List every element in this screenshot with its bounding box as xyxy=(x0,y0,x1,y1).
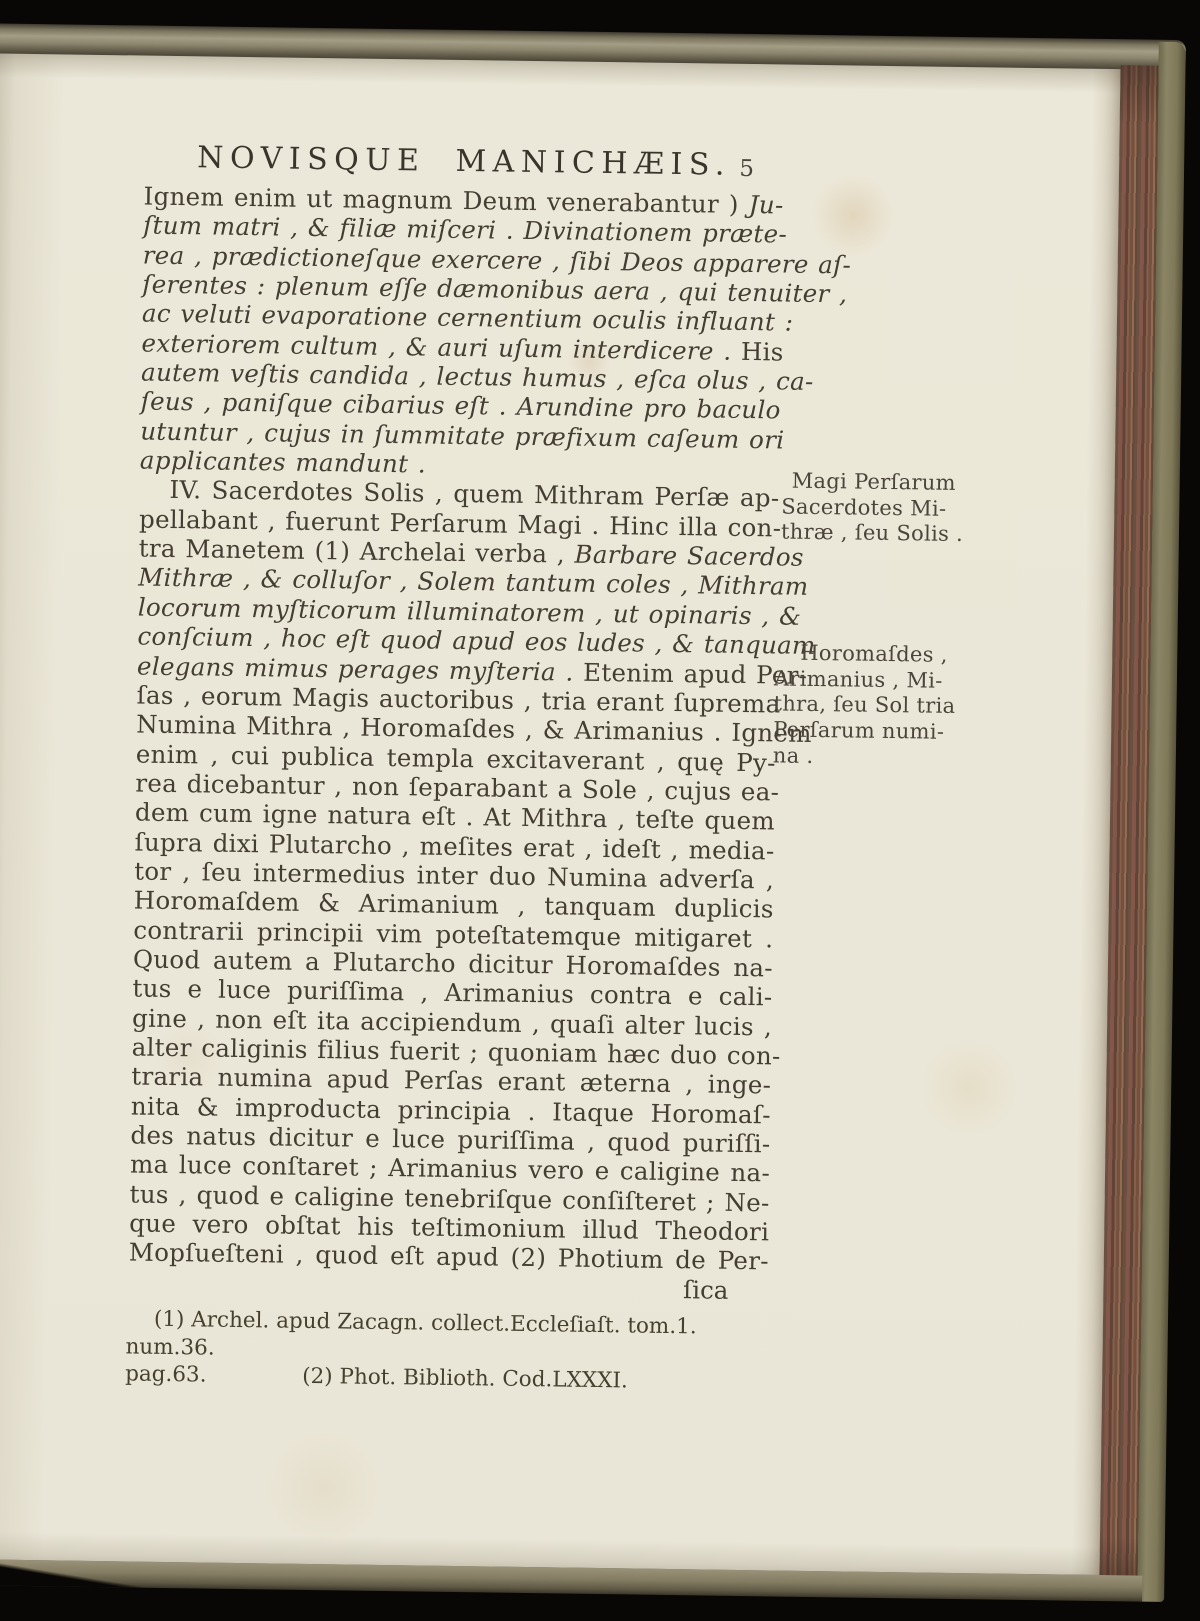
footnote-line: (1) Archel. apud Zacagn. collect.Eccleſi… xyxy=(125,1305,781,1369)
main-text: Ignem enim ut magnum Deum venerabantur )… xyxy=(129,182,784,1277)
paragraph: IV. Sacerdotes Solis , quem Mithram Perſ… xyxy=(129,475,780,1276)
margin-note-1: Magi PerſarumSacerdotes Mi-thræ , ſeu So… xyxy=(781,468,1002,548)
margin-note-line: thra, ſeu Sol tria xyxy=(773,692,993,721)
margin-note-line: thræ , ſeu Solis . xyxy=(781,520,1001,549)
margin-note-line: na . xyxy=(773,743,993,772)
book-scan: NOVISQUE MANICHÆIS. 5 Ignem enim ut magn… xyxy=(0,23,1186,1601)
margin-note-line: Magi Perſarum xyxy=(782,468,1002,497)
page: NOVISQUE MANICHÆIS. 5 Ignem enim ut magn… xyxy=(0,53,1120,1575)
footnotes: (1) Archel. apud Zacagn. collect.Eccleſi… xyxy=(125,1305,781,1397)
margin-note-line: Perſarum numi- xyxy=(773,718,993,747)
paragraph: Ignem enim ut magnum Deum venerabantur )… xyxy=(140,182,784,484)
margin-note-line: Horomaſdes , xyxy=(774,640,994,669)
running-title: NOVISQUE MANICHÆIS. xyxy=(144,140,784,184)
page-number: 5 xyxy=(739,156,754,182)
margin-note-line: Arimanius , Mi- xyxy=(774,666,994,695)
margin-note-2: Horomaſdes ,Arimanius , Mi-thra, ſeu Sol… xyxy=(773,640,995,772)
margin-note-line: Sacerdotes Mi- xyxy=(781,494,1001,523)
